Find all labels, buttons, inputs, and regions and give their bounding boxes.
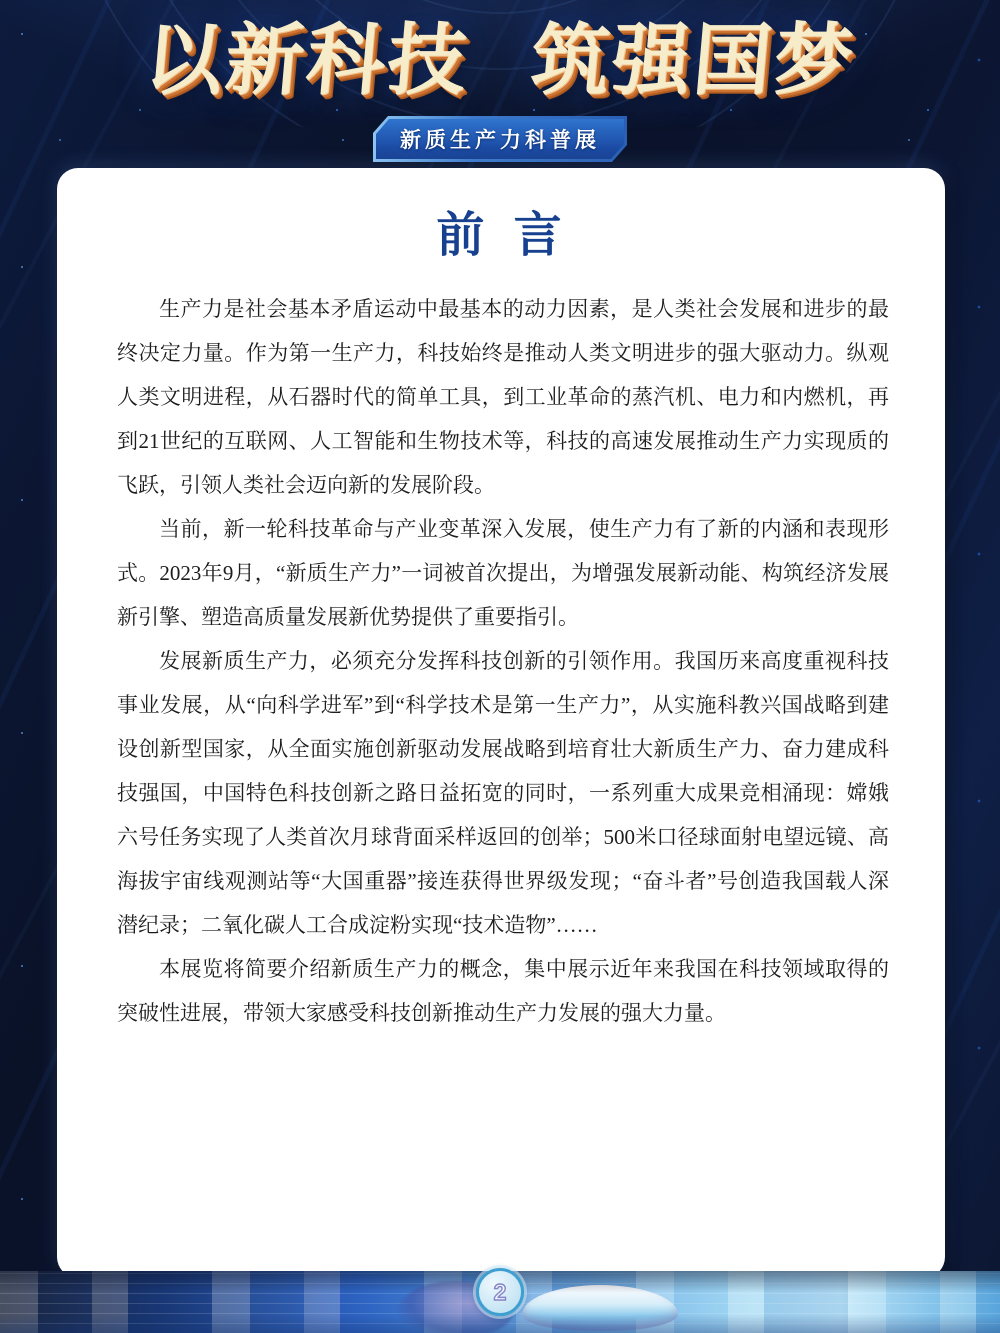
page-number-badge: 2	[476, 1268, 524, 1316]
preface-paragraph: 本展览将简要介绍新质生产力的概念，集中展示近年来我国在科技领域取得的突破性进展，…	[117, 947, 889, 1035]
preface-paragraph: 生产力是社会基本矛盾运动中最基本的动力因素，是人类社会发展和进步的最终决定力量。…	[117, 287, 889, 507]
subtitle-banner-plate: 新质生产力科普展	[376, 119, 624, 159]
subtitle-banner: 新质生产力科普展	[373, 116, 627, 162]
subtitle-banner-label: 新质生产力科普展	[400, 124, 600, 154]
title-part-2: 筑强国梦	[528, 18, 860, 104]
preface-heading: 前 言	[117, 212, 889, 260]
wave-decor-right	[522, 1285, 678, 1331]
preface-card: 前 言 生产力是社会基本矛盾运动中最基本的动力因素，是人类社会发展和进步的最终决…	[57, 168, 945, 1278]
exhibition-title: 以新科技 筑强国梦	[0, 18, 1000, 104]
preface-paragraph: 发展新质生产力，必须充分发挥科技创新的引领作用。我国历来高度重视科技事业发展，从…	[117, 639, 889, 947]
title-part-1: 以新科技	[141, 18, 473, 104]
preface-paragraph: 当前，新一轮科技革命与产业变革深入发展，使生产力有了新的内涵和表现形式。2023…	[117, 507, 889, 639]
page-background: 以新科技 筑强国梦 新质生产力科普展 前 言 生产力是社会基本矛盾运动中最基本的…	[0, 0, 1000, 1333]
page-number: 2	[494, 1279, 507, 1306]
